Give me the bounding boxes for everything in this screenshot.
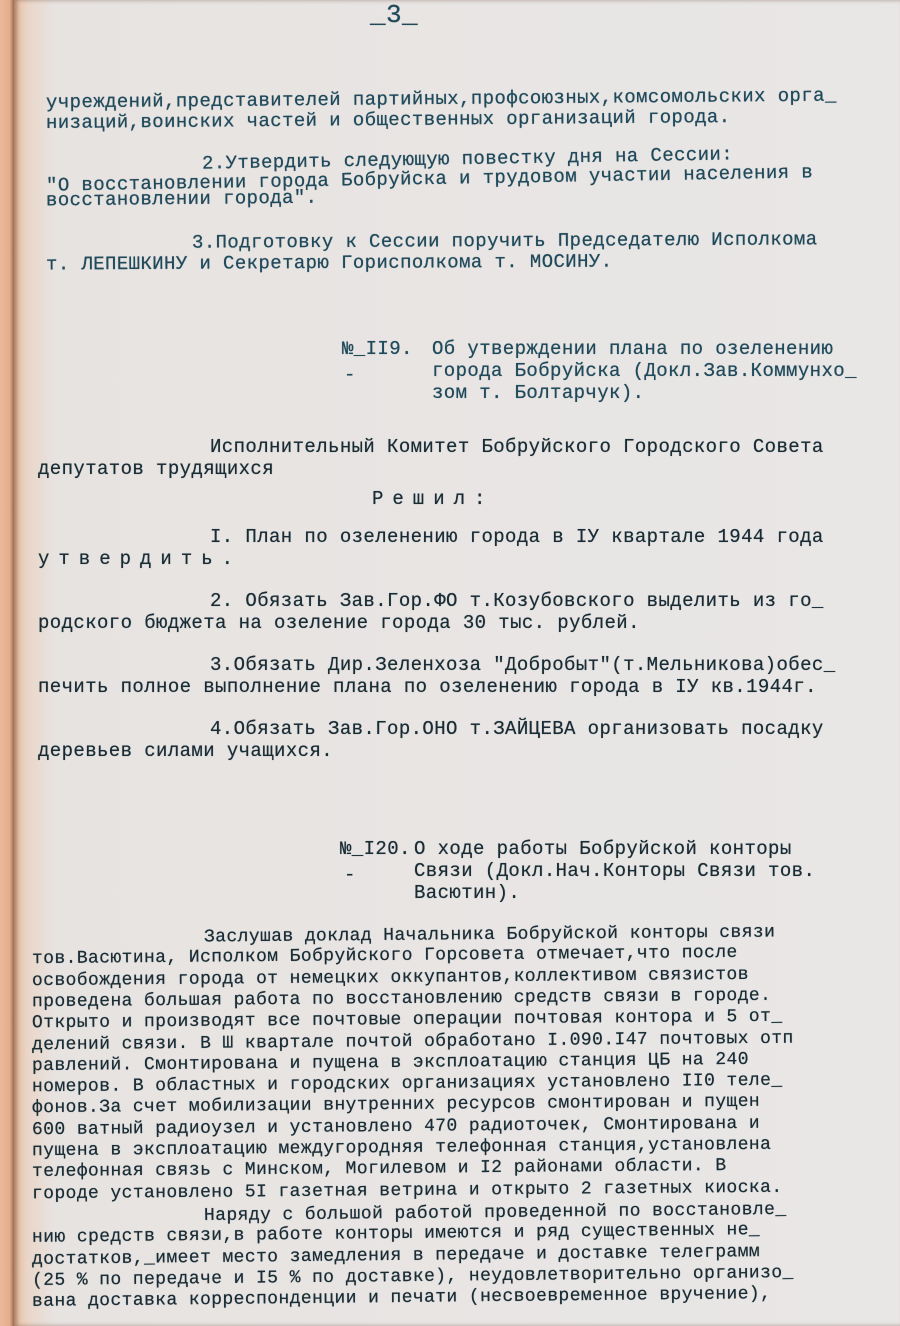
decision-120-number: №_I20. <box>340 838 411 860</box>
decision-119-title-3: зом т. Болтарчук). <box>432 382 644 404</box>
decision-120-title-3: Васютин). <box>414 882 520 904</box>
decision-119-preamble-2: депутатов трудящихся <box>38 458 274 480</box>
book-spine <box>0 0 14 1326</box>
decision-119-point-2-line-2: родского бюджета на озеление города 30 т… <box>38 612 640 634</box>
document-page: _3_ учреждений,представителей партийных,… <box>14 0 900 1326</box>
decision-119-point-3-line-1: 3.Обязать Дир.Зеленхоза "Добробыт"(т.Мел… <box>210 654 836 676</box>
decision-119-preamble-1: Исполнительный Комитет Бобруйского Город… <box>210 436 824 458</box>
page-number: _3_ <box>370 4 418 26</box>
decision-119-dash: - <box>344 364 356 386</box>
item-3-line-1: 3.Подготовку к Сессии поручить Председат… <box>192 228 818 253</box>
decision-119-point-2-line-1: 2. Обязать Зав.Гор.ФО т.Козубовского выд… <box>210 590 824 612</box>
decision-119-title-1: Об утверждении плана по озеленению <box>432 338 833 360</box>
decision-119-resolved: Решил: <box>372 488 494 510</box>
decision-119-point-3-line-2: печить полное выполнение плана по озелен… <box>38 676 817 698</box>
decision-119-point-4-line-2: деревьев силами учащихся. <box>38 740 333 762</box>
item-2-line-3: восстановлении города". <box>46 187 318 212</box>
decision-120-title-1: О ходе работы Бобруйской конторы <box>414 838 792 860</box>
decision-119-point-1-line-2: утвердить. <box>38 548 242 570</box>
decision-120-title-2: Связи (Докл.Нач.Конторы Связи тов. <box>414 860 815 882</box>
intro-line-2: низаций,воинских частей и общественных о… <box>46 106 731 134</box>
decision-119-point-1-line-1: I. План по озеленению города в IУ кварта… <box>210 526 824 548</box>
decision-119-title-2: города Бобруйска (Докл.Зав.Коммунхо_ <box>432 360 857 382</box>
decision-120-dash: - <box>344 864 356 886</box>
decision-119-number: №_II9. <box>342 338 413 360</box>
item-3-line-2: т. ЛЕПЕШКИНУ и Секретарю Горисполкома т.… <box>46 251 613 276</box>
decision-119-point-4-line-1: 4.Обязать Зав.Гор.ОНО т.ЗАЙЦЕВА организо… <box>210 718 824 740</box>
